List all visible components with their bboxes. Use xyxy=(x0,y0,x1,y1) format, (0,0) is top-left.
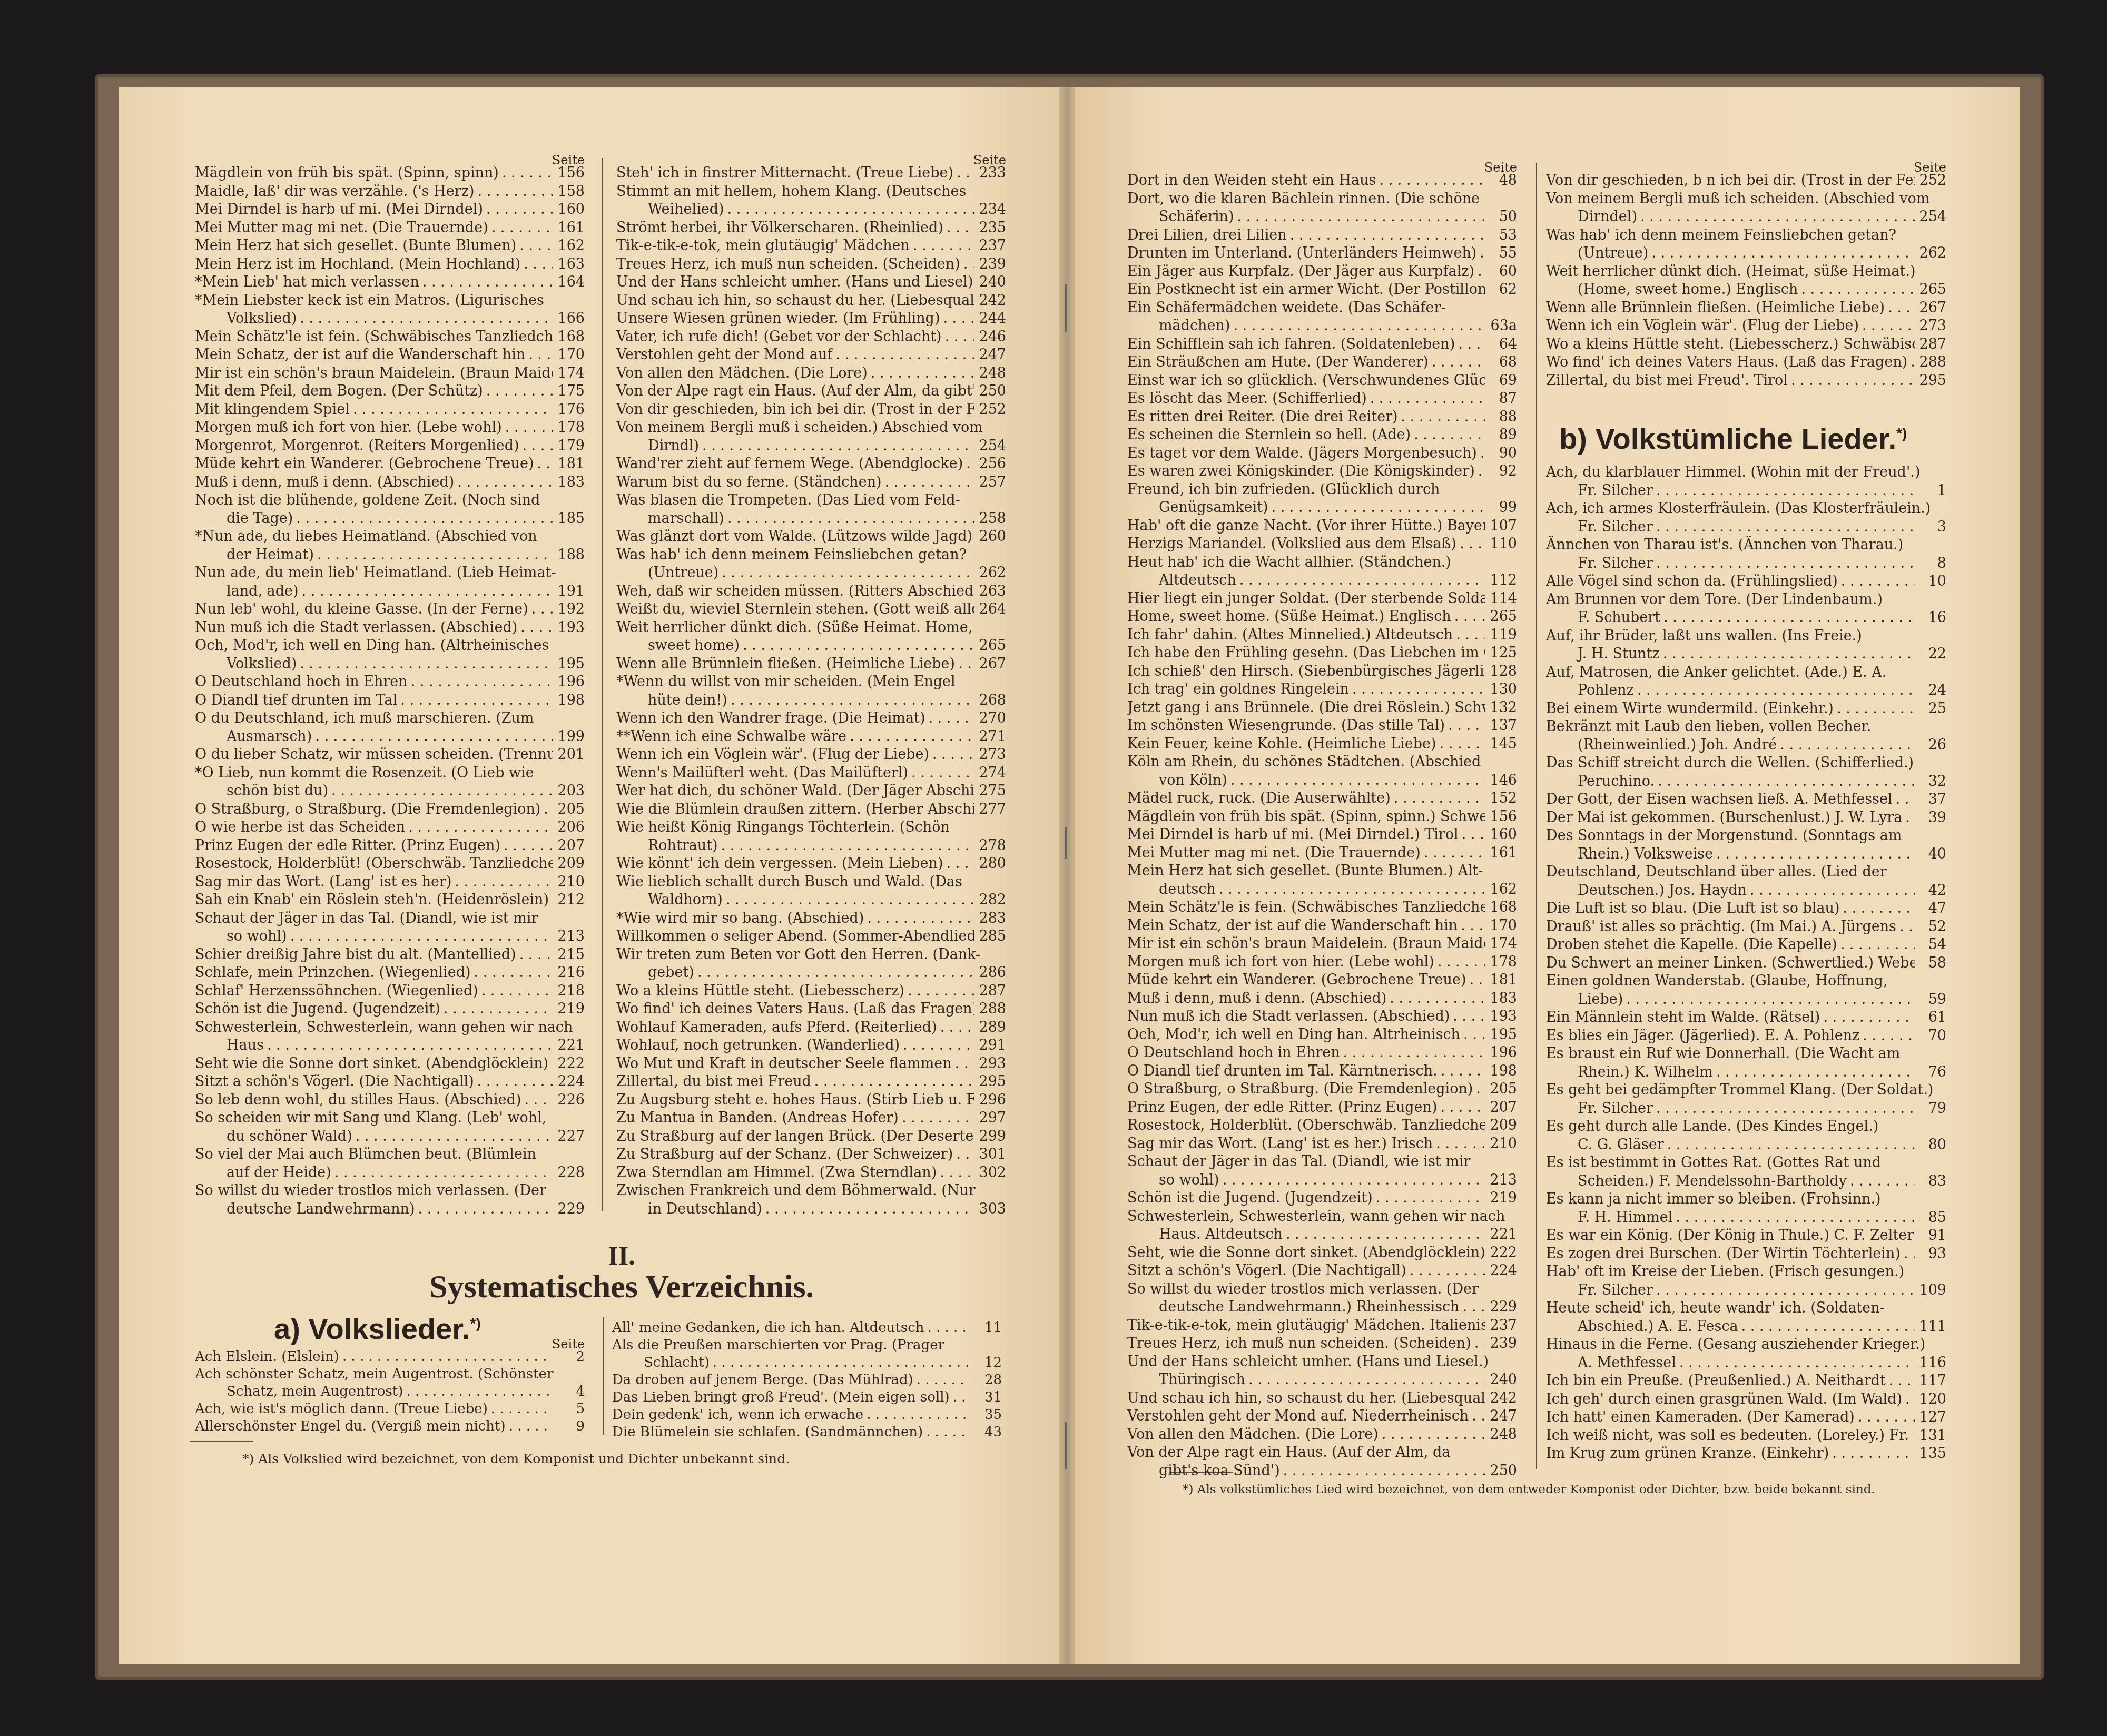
index-entry-title: So willst du wieder trostlos mich verlas… xyxy=(1127,1280,1517,1299)
index-entry: Ich trag' ein goldnes Ringelein130 xyxy=(1127,680,1517,699)
index-entry-title: Wo Mut und Kraft in deutscher Seele flam… xyxy=(616,1056,952,1072)
index-entry-title: Dein gedenk' ich, wenn ich erwache xyxy=(612,1407,863,1423)
index-entry-title: Zillertal, du bist mei Freud'. Tirol xyxy=(1546,372,1788,389)
index-entry-continuation: du schöner Wald) xyxy=(227,1128,352,1145)
index-entry-page-number: 239 xyxy=(1485,1335,1517,1353)
index-entry-page-number: 12 xyxy=(970,1354,1002,1372)
index-entry-continuation: Schäferin) xyxy=(1159,209,1234,225)
index-entry-page-number: 193 xyxy=(553,619,585,637)
index-entry-title: Das Schiff streicht durch die Wellen. (S… xyxy=(1546,754,1946,773)
index-entry-page-number: 162 xyxy=(1485,881,1517,899)
index-entry: Altdeutsch112 xyxy=(1127,571,1517,590)
index-entry-continuation: Fr. Silcher xyxy=(1578,555,1653,571)
index-entry-title: Von dir geschieden, b n ich bei dir. (Tr… xyxy=(1546,172,1915,189)
index-entry: Ein Jäger aus Kurpfalz. (Der Jäger aus K… xyxy=(1127,263,1517,281)
index-entry-title: Der Gott, der Eisen wachsen ließ. A. Met… xyxy=(1546,791,1893,807)
index-entry-title: Ich geh' durch einen grasgrünen Wald. (I… xyxy=(1546,1391,1902,1407)
index-entry-continuation: Pohlenz xyxy=(1578,682,1634,698)
index-entry-continuation: Thüringisch xyxy=(1159,1372,1245,1388)
index-entry-page-number: 176 xyxy=(553,401,585,419)
index-entry-title: Weit herrlicher dünkt dich. (Heimat, süß… xyxy=(1546,263,1946,281)
index-entry: Fr. Silcher3 xyxy=(1546,518,1946,537)
binding-stitch xyxy=(1065,827,1067,859)
index-entry: Mit dem Pfeil, dem Bogen. (Der Schütz)17… xyxy=(195,382,585,401)
index-entry-title: Müde kehrt ein Wanderer. (Gebrochene Tre… xyxy=(1127,972,1466,988)
index-entry-continuation: Altdeutsch xyxy=(1159,572,1236,588)
index-entry-title: Seht, wie die Sonne dort sinket. (Abendg… xyxy=(1127,1245,1485,1261)
index-entry-continuation: Haus. Altdeutsch xyxy=(1159,1226,1283,1242)
index-entry-page-number: 209 xyxy=(1485,1117,1517,1135)
index-entry: Zillertal, du bist mei Freud295 xyxy=(616,1073,1006,1091)
index-entry-title: Von der Alpe ragt ein Haus. (Auf der Alm… xyxy=(616,383,974,399)
index-entry: Müde kehrt ein Wanderer. (Gebrochene Tre… xyxy=(1127,971,1517,990)
index-entry: Wo a kleins Hüttle steht. (Liebesscherz.… xyxy=(1546,336,1946,354)
index-entry: Sitzt a schön's Vögerl. (Die Nachtigall)… xyxy=(195,1073,585,1091)
index-entry: Drei Lilien, drei Lilien53 xyxy=(1127,226,1517,245)
index-entry-page-number: 218 xyxy=(553,982,585,1001)
index-entry: Herzigs Mariandel. (Volkslied aus dem El… xyxy=(1127,535,1517,554)
index-entry-page-number: 252 xyxy=(974,401,1006,419)
index-entry-page-number: 213 xyxy=(553,928,585,946)
index-entry-title: So scheiden wir mit Sang und Klang. (Leb… xyxy=(195,1109,585,1128)
index-entry: Volkslied)195 xyxy=(195,655,585,674)
book-gutter xyxy=(1059,87,1075,1664)
index-entry-page-number: 43 xyxy=(970,1424,1002,1441)
index-entry-title: O wie herbe ist das Scheiden xyxy=(195,819,405,835)
index-entry-title: Es braust ein Ruf wie Donnerhall. (Die W… xyxy=(1546,1045,1946,1063)
index-entry-title: Wie könnt' ich dein vergessen. (Mein Lie… xyxy=(616,855,943,872)
index-entry: Mein Schatz, der ist auf die Wanderschaf… xyxy=(1127,917,1517,935)
index-entry: Allerschönster Engel du. (Vergiß mein ni… xyxy=(195,1418,585,1435)
index-entry-page-number: 247 xyxy=(974,346,1006,364)
index-entry-page-number: 265 xyxy=(1915,281,1946,299)
index-entry-title: *Mein Liebster keck ist ein Matros. (Lig… xyxy=(195,292,585,310)
column-divider xyxy=(603,1317,604,1435)
index-entry-title: Ich trag' ein goldnes Ringelein xyxy=(1127,681,1349,697)
index-entry: Drunten im Unterland. (Unterländers Heim… xyxy=(1127,244,1517,263)
index-entry: Ich fahr' dahin. (Altes Minnelied.) Altd… xyxy=(1127,626,1517,645)
index-entry-page-number: 240 xyxy=(974,273,1006,292)
index-entry-page-number: 198 xyxy=(553,692,585,710)
index-entry-title: Köln am Rhein, du schönes Städtchen. (Ab… xyxy=(1127,753,1517,772)
index-entry-page-number: 162 xyxy=(553,237,585,255)
index-entry: Zu Straßburg auf der Schanz. (Der Schwei… xyxy=(616,1146,1006,1164)
index-entry-title: Am Brunnen vor dem Tore. (Der Lindenbaum… xyxy=(1546,591,1946,609)
index-entry: Wie könnt' ich dein vergessen. (Mein Lie… xyxy=(616,855,1006,873)
index-entry: Die Luft ist so blau. (Die Luft ist so b… xyxy=(1546,900,1946,918)
index-entry-page-number: 156 xyxy=(553,164,585,183)
index-entry-continuation: Weihelied) xyxy=(648,201,724,218)
index-entry-page-number: 287 xyxy=(1915,336,1946,354)
index-entry-page-number: 195 xyxy=(553,655,585,674)
index-entry: Ach Elslein. (Elslein)2 xyxy=(195,1348,585,1366)
binding-stitch xyxy=(1065,1422,1067,1469)
index-entry-title: Der Mai ist gekommen. (Burschenlust.) J.… xyxy=(1546,810,1902,826)
index-entry: Von allen den Mädchen. (Die Lore)248 xyxy=(616,364,1006,383)
index-entry-title: Als die Preußen marschierten vor Prag. (… xyxy=(612,1337,1002,1354)
index-entry-page-number: 179 xyxy=(553,437,585,456)
index-entry-title: Ein Jäger aus Kurpfalz. (Der Jäger aus K… xyxy=(1127,263,1474,280)
index-entry: Fr. Silcher109 xyxy=(1546,1281,1946,1300)
index-entry: Mei Dirndel is harb uf mi. (Mei Dirndel)… xyxy=(195,201,585,219)
index-entry: Dort in den Weiden steht ein Haus48 xyxy=(1127,172,1517,190)
index-entry: Abschied.) A. E. Fesca111 xyxy=(1546,1318,1946,1336)
index-entry-title: Weißt du, wieviel Sternlein stehen. (Got… xyxy=(616,601,974,617)
index-entry-page-number: 25 xyxy=(1915,700,1946,718)
index-entry-page-number: 132 xyxy=(1485,699,1517,717)
index-entry: Mädel ruck, ruck. (Die Auserwählte)152 xyxy=(1127,790,1517,808)
index-entry: Dein gedenk' ich, wenn ich erwache35 xyxy=(612,1406,1002,1424)
index-entry: Von allen den Mädchen. (Die Lore)248 xyxy=(1127,1426,1517,1444)
index-entry-title: Treues Herz, ich muß nun scheiden. (Sche… xyxy=(616,256,960,272)
index-entry-continuation: Volkslied) xyxy=(227,656,297,672)
index-entry-title: Home, sweet home. (Süße Heimat.) Englisc… xyxy=(1127,608,1451,625)
index-entry: Wenn alle Brünnlein fließen. (Heimliche … xyxy=(1546,299,1946,318)
index-entry-page-number: 203 xyxy=(553,782,585,801)
index-entry-title: Mädel ruck, ruck. (Die Auserwählte) xyxy=(1127,790,1391,806)
index-entry-title: Schaut der Jäger in das Tal. (Diandl, wi… xyxy=(195,910,585,928)
index-entry-title: Wenn's Mailüfterl weht. (Das Mailüfterl) xyxy=(616,765,908,781)
subsection-b-title: b) Volkstümliche Lieder.*) xyxy=(1559,421,1907,456)
index-entry-continuation: F. H. Himmel xyxy=(1578,1209,1672,1226)
footnote-marker: *) xyxy=(470,1315,480,1331)
index-entry-title: Rosestock, Holderblüt. (Oberschwäb. Tanz… xyxy=(1127,1117,1485,1133)
index-entry-page-number: 5 xyxy=(553,1400,585,1418)
index-entry: Maidle, laß' dir was verzähle. ('s Herz)… xyxy=(195,183,585,201)
index-entry-page-number: 135 xyxy=(1915,1445,1946,1463)
index-entry-title: Weit herrlicher dünkt dich. (Süße Heimat… xyxy=(616,619,1006,637)
index-entry-page-number: 39 xyxy=(1915,809,1946,827)
index-entry-title: Wo a kleins Hüttle steht. (Liebesscherz.… xyxy=(1546,336,1915,352)
index-entry: Rhein.) Volksweise40 xyxy=(1546,845,1946,864)
index-entry: Strömt herbei, ihr Völkerscharen. (Rhein… xyxy=(616,219,1006,238)
index-entry-continuation: J. H. Stuntz xyxy=(1578,646,1660,662)
index-entry: F. H. Himmel85 xyxy=(1546,1209,1946,1227)
index-entry-title: Bekränzt mit Laub den lieben, vollen Bec… xyxy=(1546,718,1946,736)
index-entry-title: Morgen muß ich fort von hier. (Lebe wohl… xyxy=(195,419,502,436)
index-entry: mädchen)63a xyxy=(1127,317,1517,336)
index-entry: Da droben auf jenem Berge. (Das Mühlrad)… xyxy=(612,1372,1002,1389)
index-entry: Der Gott, der Eisen wachsen ließ. A. Met… xyxy=(1546,791,1946,809)
index-entry-title: Von meinem Bergli muß ich scheiden. (Abs… xyxy=(1546,190,1946,209)
index-entry-page-number: 246 xyxy=(974,328,1006,347)
index-entry-title: Mei Mutter mag mi net. (Die Trauernde) xyxy=(1127,845,1421,861)
index-entry-title: Mein Schätz'le is fein. (Schwäbisches Ta… xyxy=(1127,899,1485,915)
index-entry: Wo find' ich deines Vaters Haus. (Laß da… xyxy=(1546,353,1946,372)
index-entry-title: Von meinem Bergli muß i scheiden.) Absch… xyxy=(616,419,1006,437)
index-entry-page-number: 235 xyxy=(974,219,1006,238)
index-entry-page-number: 117 xyxy=(1915,1372,1946,1390)
index-entry-title: Es geht bei gedämpfter Trommel Klang. (D… xyxy=(1546,1081,1946,1100)
index-entry-title: Mein Herz ist im Hochland. (Mein Hochlan… xyxy=(195,256,520,272)
index-entry-title: O Straßburg, o Straßburg. (Die Fremdenle… xyxy=(1127,1081,1473,1097)
index-entry-title: Warum bist du so ferne. (Ständchen) xyxy=(616,474,882,490)
index-entry: Rohtraut)278 xyxy=(616,837,1006,855)
index-entry-title: Sitzt a schön's Vögerl. (Die Nachtigall) xyxy=(1127,1262,1406,1279)
index-entry-title: Was blasen die Trompeten. (Das Lied vom … xyxy=(616,491,1006,510)
index-entry: Mägdlein von früh bis spät. (Spinn, spin… xyxy=(195,164,585,183)
index-entry-page-number: 271 xyxy=(974,728,1006,746)
index-entry: O Straßburg, o Straßburg. (Die Fremdenle… xyxy=(195,801,585,819)
index-entry-title: Ich habe den Frühling gesehn. (Das Liebc… xyxy=(1127,645,1485,661)
index-entry-title: Das Lieben bringt groß Freud'. (Mein eig… xyxy=(612,1389,950,1405)
index-entry-title: Auf, Matrosen, die Anker gelichtet. (Ade… xyxy=(1546,664,1946,682)
index-entry-title: *Mein Lieb' hat mich verlassen xyxy=(195,274,419,290)
index-entry: (Untreue)262 xyxy=(1546,244,1946,263)
index-entry-title: Mir ist ein schön's braun Maidelein. (Br… xyxy=(1127,935,1485,952)
index-entry-title: O Diandl tief drunten im Tal. Kärntneris… xyxy=(1127,1063,1438,1079)
index-entry-page-number: 291 xyxy=(974,1037,1006,1055)
index-entry-page-number: 221 xyxy=(1485,1226,1517,1244)
index-entry: Seht, wie die Sonne dort sinket. (Abendg… xyxy=(1127,1244,1517,1262)
index-entry: Ach, wie ist's möglich dann. (Treue Lieb… xyxy=(195,1400,585,1418)
index-entry-title: Heut hab' ich die Wacht allhier. (Ständc… xyxy=(1127,554,1517,572)
index-entry: Nun muß ich die Stadt verlassen. (Abschi… xyxy=(1127,1008,1517,1026)
index-entry-title: Rosestock, Holderblüt! (Oberschwäb. Tanz… xyxy=(195,855,553,872)
index-entry-page-number: 287 xyxy=(974,982,1006,1001)
index-entry-page-number: 181 xyxy=(553,455,585,474)
index-entry-title: Wenn ich ein Vöglein wär'. (Flug der Lie… xyxy=(1546,318,1859,334)
index-entry: Von der Alpe ragt ein Haus. (Auf der Alm… xyxy=(616,382,1006,401)
index-entry-page-number: 32 xyxy=(1915,773,1946,791)
index-entry: Fr. Silcher79 xyxy=(1546,1100,1946,1118)
index-entry-page-number: 222 xyxy=(553,1055,585,1073)
index-entry-page-number: 288 xyxy=(974,1000,1006,1019)
index-entry-title: Es waren zwei Königskinder. (Die Königsk… xyxy=(1127,463,1475,479)
index-entry-page-number: 213 xyxy=(1485,1171,1517,1190)
index-entry-page-number: 244 xyxy=(974,310,1006,328)
index-entry: O du lieber Schatz, wir müssen scheiden.… xyxy=(195,746,585,764)
index-entry: *Mein Lieb' hat mich verlassen164 xyxy=(195,273,585,292)
index-entry: Ich bin ein Preuße. (Preußenlied.) A. Ne… xyxy=(1546,1372,1946,1390)
index-entry-continuation: so wohl) xyxy=(227,928,287,944)
index-entry: Müde kehrt ein Wanderer. (Gebrochene Tre… xyxy=(195,455,585,474)
index-entry-page-number: 267 xyxy=(1915,299,1946,318)
index-entry-page-number: 195 xyxy=(1485,1026,1517,1044)
index-entry-page-number: 233 xyxy=(974,164,1006,183)
index-entry: Home, sweet home. (Süße Heimat.) Englisc… xyxy=(1127,608,1517,626)
index-entry-title: Unsere Wiesen grünen wieder. (Im Frühlin… xyxy=(616,310,940,327)
index-entry: gebet)286 xyxy=(616,964,1006,982)
index-entry-continuation: Rhein.) Volksweise xyxy=(1578,846,1713,862)
index-entry-page-number: 229 xyxy=(553,1200,585,1219)
index-entry: Es taget vor dem Walde. (Jägers Morgenbe… xyxy=(1127,445,1517,463)
index-entry-title: Wohlauf Kameraden, aufs Pferd. (Reiterli… xyxy=(616,1019,937,1035)
index-entry-title: Tik-e-tik-e-tok, mein glutäugig' Mädchen xyxy=(616,238,910,254)
column-divider xyxy=(1536,163,1537,1469)
index-entry: Sag mir das Wort. (Lang' ist es her.) Ir… xyxy=(1127,1135,1517,1153)
index-entry-page-number: 193 xyxy=(1485,1008,1517,1026)
index-entry-title: Drauß' ist alles so prächtig. (Im Mai.) … xyxy=(1546,919,1896,935)
index-entry-continuation: gebet) xyxy=(648,964,694,981)
index-entry-continuation: (Home, sweet home.) Englisch xyxy=(1578,281,1798,298)
index-entry: deutsch162 xyxy=(1127,881,1517,899)
index-entry-page-number: 70 xyxy=(1915,1027,1946,1045)
index-entry: Fr. Silcher1 xyxy=(1546,482,1946,500)
index-entry-title: Wenn ich ein Vöglein wär'. (Flug der Lie… xyxy=(616,746,929,763)
index-entry: Nun muß ich die Stadt verlassen. (Abschi… xyxy=(195,619,585,637)
index-entry-title: Es ist bestimmt in Gottes Rat. (Gottes R… xyxy=(1546,1154,1946,1172)
index-entry-continuation: Genügsamkeit) xyxy=(1159,499,1268,516)
index-entry: Mein Herz hat sich gesellet. (Bunte Blum… xyxy=(195,237,585,255)
index-entry: Sag mir das Wort. (Lang' ist es her)210 xyxy=(195,873,585,892)
index-entry-title: Von der Alpe ragt ein Haus. (Auf der Alm… xyxy=(1127,1444,1517,1462)
index-entry: Im Krug zum grünen Kranze. (Einkehr)135 xyxy=(1546,1445,1946,1463)
index-entry-title: Willkommen o seliger Abend. (Sommer-Aben… xyxy=(616,928,974,944)
index-entry-title: Ich weiß nicht, was soll es bedeuten. (L… xyxy=(1546,1427,1915,1444)
index-entry-page-number: 191 xyxy=(553,583,585,601)
index-entry: Zu Augsburg steht e. hohes Haus. (Stirb … xyxy=(616,1091,1006,1110)
index-entry-title: Es geht durch alle Lande. (Des Kindes En… xyxy=(1546,1118,1946,1136)
index-entry-page-number: 50 xyxy=(1485,208,1517,226)
index-entry-title: Zu Augsburg steht e. hohes Haus. (Stirb … xyxy=(616,1092,974,1108)
index-entry-page-number: 114 xyxy=(1485,590,1517,608)
index-entry-title: O Deutschland hoch in Ehren xyxy=(1127,1044,1340,1061)
index-entry-page-number: 62 xyxy=(1485,281,1517,299)
index-entry-page-number: 192 xyxy=(553,600,585,619)
index-entry-page-number: 212 xyxy=(553,891,585,910)
index-entry-title: Nun muß ich die Stadt verlassen. (Abschi… xyxy=(195,619,517,636)
index-entry: von Köln)146 xyxy=(1127,772,1517,790)
right-page-column-2: SeiteVon dir geschieden, b n ich bei dir… xyxy=(1546,161,1946,390)
index-entry-title: Ach, wie ist's möglich dann. (Treue Lieb… xyxy=(195,1401,488,1417)
index-entry-title: So leb denn wohl, du stilles Haus. (Absc… xyxy=(195,1092,521,1108)
index-entry-page-number: 303 xyxy=(974,1200,1006,1219)
index-entry: Das Lieben bringt groß Freud'. (Mein eig… xyxy=(612,1389,1002,1406)
index-entry-page-number: 234 xyxy=(974,201,1006,219)
index-entry-title: Wohlauf, noch getrunken. (Wanderlied) xyxy=(616,1037,900,1053)
index-entry: Mei Dirndel is harb uf mi. (Mei Dirndel.… xyxy=(1127,826,1517,844)
index-entry-continuation: deutsch xyxy=(1159,881,1216,897)
index-entry: Der Mai ist gekommen. (Burschenlust.) J.… xyxy=(1546,809,1946,827)
index-entry-page-number: 297 xyxy=(974,1109,1006,1128)
index-entry-title: Wo find' ich deines Vaters Haus. (Laß da… xyxy=(1546,354,1907,370)
index-entry-page-number: 262 xyxy=(974,564,1006,583)
index-entry-page-number: 110 xyxy=(1485,535,1517,554)
index-entry-title: O Diandl tief drunten im Tal xyxy=(195,692,397,708)
index-entry-title: Ach schönster Schatz, mein Augentrost. (… xyxy=(195,1366,585,1383)
index-entry: die Tage)185 xyxy=(195,510,585,528)
index-entry-page-number: 116 xyxy=(1915,1354,1946,1373)
index-entry-page-number: 145 xyxy=(1485,735,1517,754)
index-entry: Tik-e-tik-e-tok, mein glutäugig' Mädchen… xyxy=(1127,1317,1517,1335)
index-entry-page-number: 174 xyxy=(1485,935,1517,953)
index-entry-title: Jetzt gang i ans Brünnele. (Die drei Rös… xyxy=(1127,699,1485,716)
index-entry: Es waren zwei Königskinder. (Die Königsk… xyxy=(1127,462,1517,481)
footnote-volkstuemlich: *) Als volkstümliches Lied wird bezeichn… xyxy=(1183,1483,1875,1496)
index-entry: Mein Schätz'le is fein. (Schwäbisches Ta… xyxy=(1127,899,1517,917)
index-entry-title: Wenn ich den Wandrer frage. (Die Heimat) xyxy=(616,710,925,726)
index-entry-title: Noch ist die blühende, goldene Zeit. (No… xyxy=(195,491,585,510)
index-entry: Verstohlen geht der Mond auf247 xyxy=(616,346,1006,364)
footnote-rule xyxy=(190,1441,253,1442)
index-entry-page-number: 16 xyxy=(1915,609,1946,627)
index-entry-page-number: 216 xyxy=(553,964,585,982)
index-entry-page-number: 263 xyxy=(974,583,1006,601)
volkslieder-column-a: SeiteAch Elslein. (Elslein)2Ach schönste… xyxy=(195,1338,585,1435)
index-entry-title: Ein Männlein steht im Walde. (Rätsel) xyxy=(1546,1009,1820,1025)
index-entry-title: Droben stehet die Kapelle. (Die Kapelle) xyxy=(1546,936,1837,953)
index-entry-page-number: 286 xyxy=(974,964,1006,982)
index-entry: (Untreue)262 xyxy=(616,564,1006,583)
index-entry: O wie herbe ist das Scheiden206 xyxy=(195,818,585,837)
index-entry-title: Mein Herz hat sich gesellet. (Bunte Blum… xyxy=(1127,862,1517,881)
index-entry-title: Zu Straßburg auf der langen Brück. (Der … xyxy=(616,1128,974,1145)
index-entry-continuation: Fr. Silcher xyxy=(1578,1100,1653,1117)
index-entry: Wand'rer zieht auf fernem Wege. (Abendgl… xyxy=(616,455,1006,474)
index-entry-page-number: 89 xyxy=(1485,426,1517,445)
index-entry-page-number: 205 xyxy=(1485,1080,1517,1099)
index-entry-continuation: Dirndl) xyxy=(648,438,699,454)
index-entry-title: Alle Vögel sind schon da. (Frühlingslied… xyxy=(1546,573,1838,589)
index-entry: (Home, sweet home.) Englisch265 xyxy=(1546,281,1946,299)
index-entry-continuation: hüte dein!) xyxy=(648,692,727,708)
index-entry: Morgen muß ich fort von hier. (Lebe wohl… xyxy=(195,419,585,437)
index-entry-title: Die Blümelein sie schlafen. (Sandmännche… xyxy=(612,1424,923,1440)
index-entry-page-number: 221 xyxy=(553,1037,585,1055)
index-entry-continuation: land, ade) xyxy=(227,583,298,599)
index-entry-title: Wenn alle Brünnlein fließen. (Heimliche … xyxy=(616,656,955,672)
index-entry-page-number: 93 xyxy=(1915,1245,1946,1264)
index-entry-page-number: 219 xyxy=(1485,1189,1517,1208)
binding-stitch xyxy=(1065,284,1067,332)
index-entry: Wie die Blümlein draußen zittern. (Herbe… xyxy=(616,801,1006,819)
index-entry: auf der Heide)228 xyxy=(195,1164,585,1182)
index-entry-page-number: 222 xyxy=(1485,1244,1517,1262)
index-entry-title: Des Sonntags in der Morgenstund. (Sonnta… xyxy=(1546,827,1946,845)
index-entry-continuation: Peruchino. xyxy=(1578,773,1655,790)
index-entry-continuation: Fr. Silcher xyxy=(1578,482,1653,499)
index-entry-page-number: 63a xyxy=(1485,317,1517,336)
index-entry-page-number: 109 xyxy=(1915,1281,1946,1300)
index-entry: Ein Schifflein sah ich fahren. (Soldaten… xyxy=(1127,336,1517,354)
index-entry-title: Wer hat dich, du schöner Wald. (Der Jäge… xyxy=(616,783,974,799)
index-entry-page-number: 219 xyxy=(553,1000,585,1019)
index-entry-continuation: mädchen) xyxy=(1159,318,1230,334)
index-entry: Treues Herz, ich muß nun scheiden. (Sche… xyxy=(1127,1335,1517,1353)
index-entry-page-number: 277 xyxy=(974,801,1006,819)
index-entry-title: Wo find' ich deines Vaters Haus. (Laß da… xyxy=(616,1001,974,1017)
index-entry-title: Prinz Eugen, der edle Ritter. (Prinz Eug… xyxy=(1127,1099,1438,1116)
index-entry: Einst war ich so glücklich. (Verschwunde… xyxy=(1127,372,1517,390)
index-entry: Weihelied)234 xyxy=(616,201,1006,219)
index-entry-page-number: 87 xyxy=(1485,390,1517,408)
index-entry-continuation: Abschied.) A. E. Fesca xyxy=(1578,1318,1738,1335)
index-entry-page-number: 111 xyxy=(1915,1318,1946,1336)
index-entry: Muß i denn, muß i denn. (Abschied)183 xyxy=(1127,990,1517,1008)
index-entry-continuation: C. G. Gläser xyxy=(1578,1137,1664,1153)
index-entry: hüte dein!)268 xyxy=(616,692,1006,710)
index-entry-page-number: 161 xyxy=(1485,844,1517,863)
index-entry: schön bist du)203 xyxy=(195,782,585,801)
index-entry-page-number: 293 xyxy=(974,1055,1006,1073)
subsection-b-title-text: b) Volkstümliche Lieder. xyxy=(1559,422,1896,455)
index-entry-title: Was glänzt dort vom Walde. (Lützows wild… xyxy=(616,528,972,545)
index-entry: Rosestock, Holderblüt. (Oberschwäb. Tanz… xyxy=(1127,1117,1517,1135)
index-entry-title: Morgen muß ich fort von hier. (Lebe wohl… xyxy=(1127,954,1434,970)
index-entry-title: Dort in den Weiden steht ein Haus xyxy=(1127,172,1376,189)
index-entry-page-number: 206 xyxy=(553,818,585,837)
index-entry-title: Ein Postknecht ist ein armer Wicht. (Der… xyxy=(1127,281,1485,298)
index-entry-page-number: 131 xyxy=(1915,1427,1946,1445)
index-entry-title: Da droben auf jenem Berge. (Das Mühlrad) xyxy=(612,1372,913,1388)
index-entry-title: Heute scheid' ich, heute wandr' ich. (So… xyxy=(1546,1299,1946,1318)
index-entry: Zu Straßburg auf der langen Brück. (Der … xyxy=(616,1128,1006,1146)
index-entry: Willkommen o seliger Abend. (Sommer-Aben… xyxy=(616,928,1006,946)
index-entry: Dirndl)254 xyxy=(616,437,1006,456)
index-entry-title: Wir treten zum Beten vor Gott den Herren… xyxy=(616,946,1006,964)
index-entry-page-number: 210 xyxy=(553,873,585,892)
